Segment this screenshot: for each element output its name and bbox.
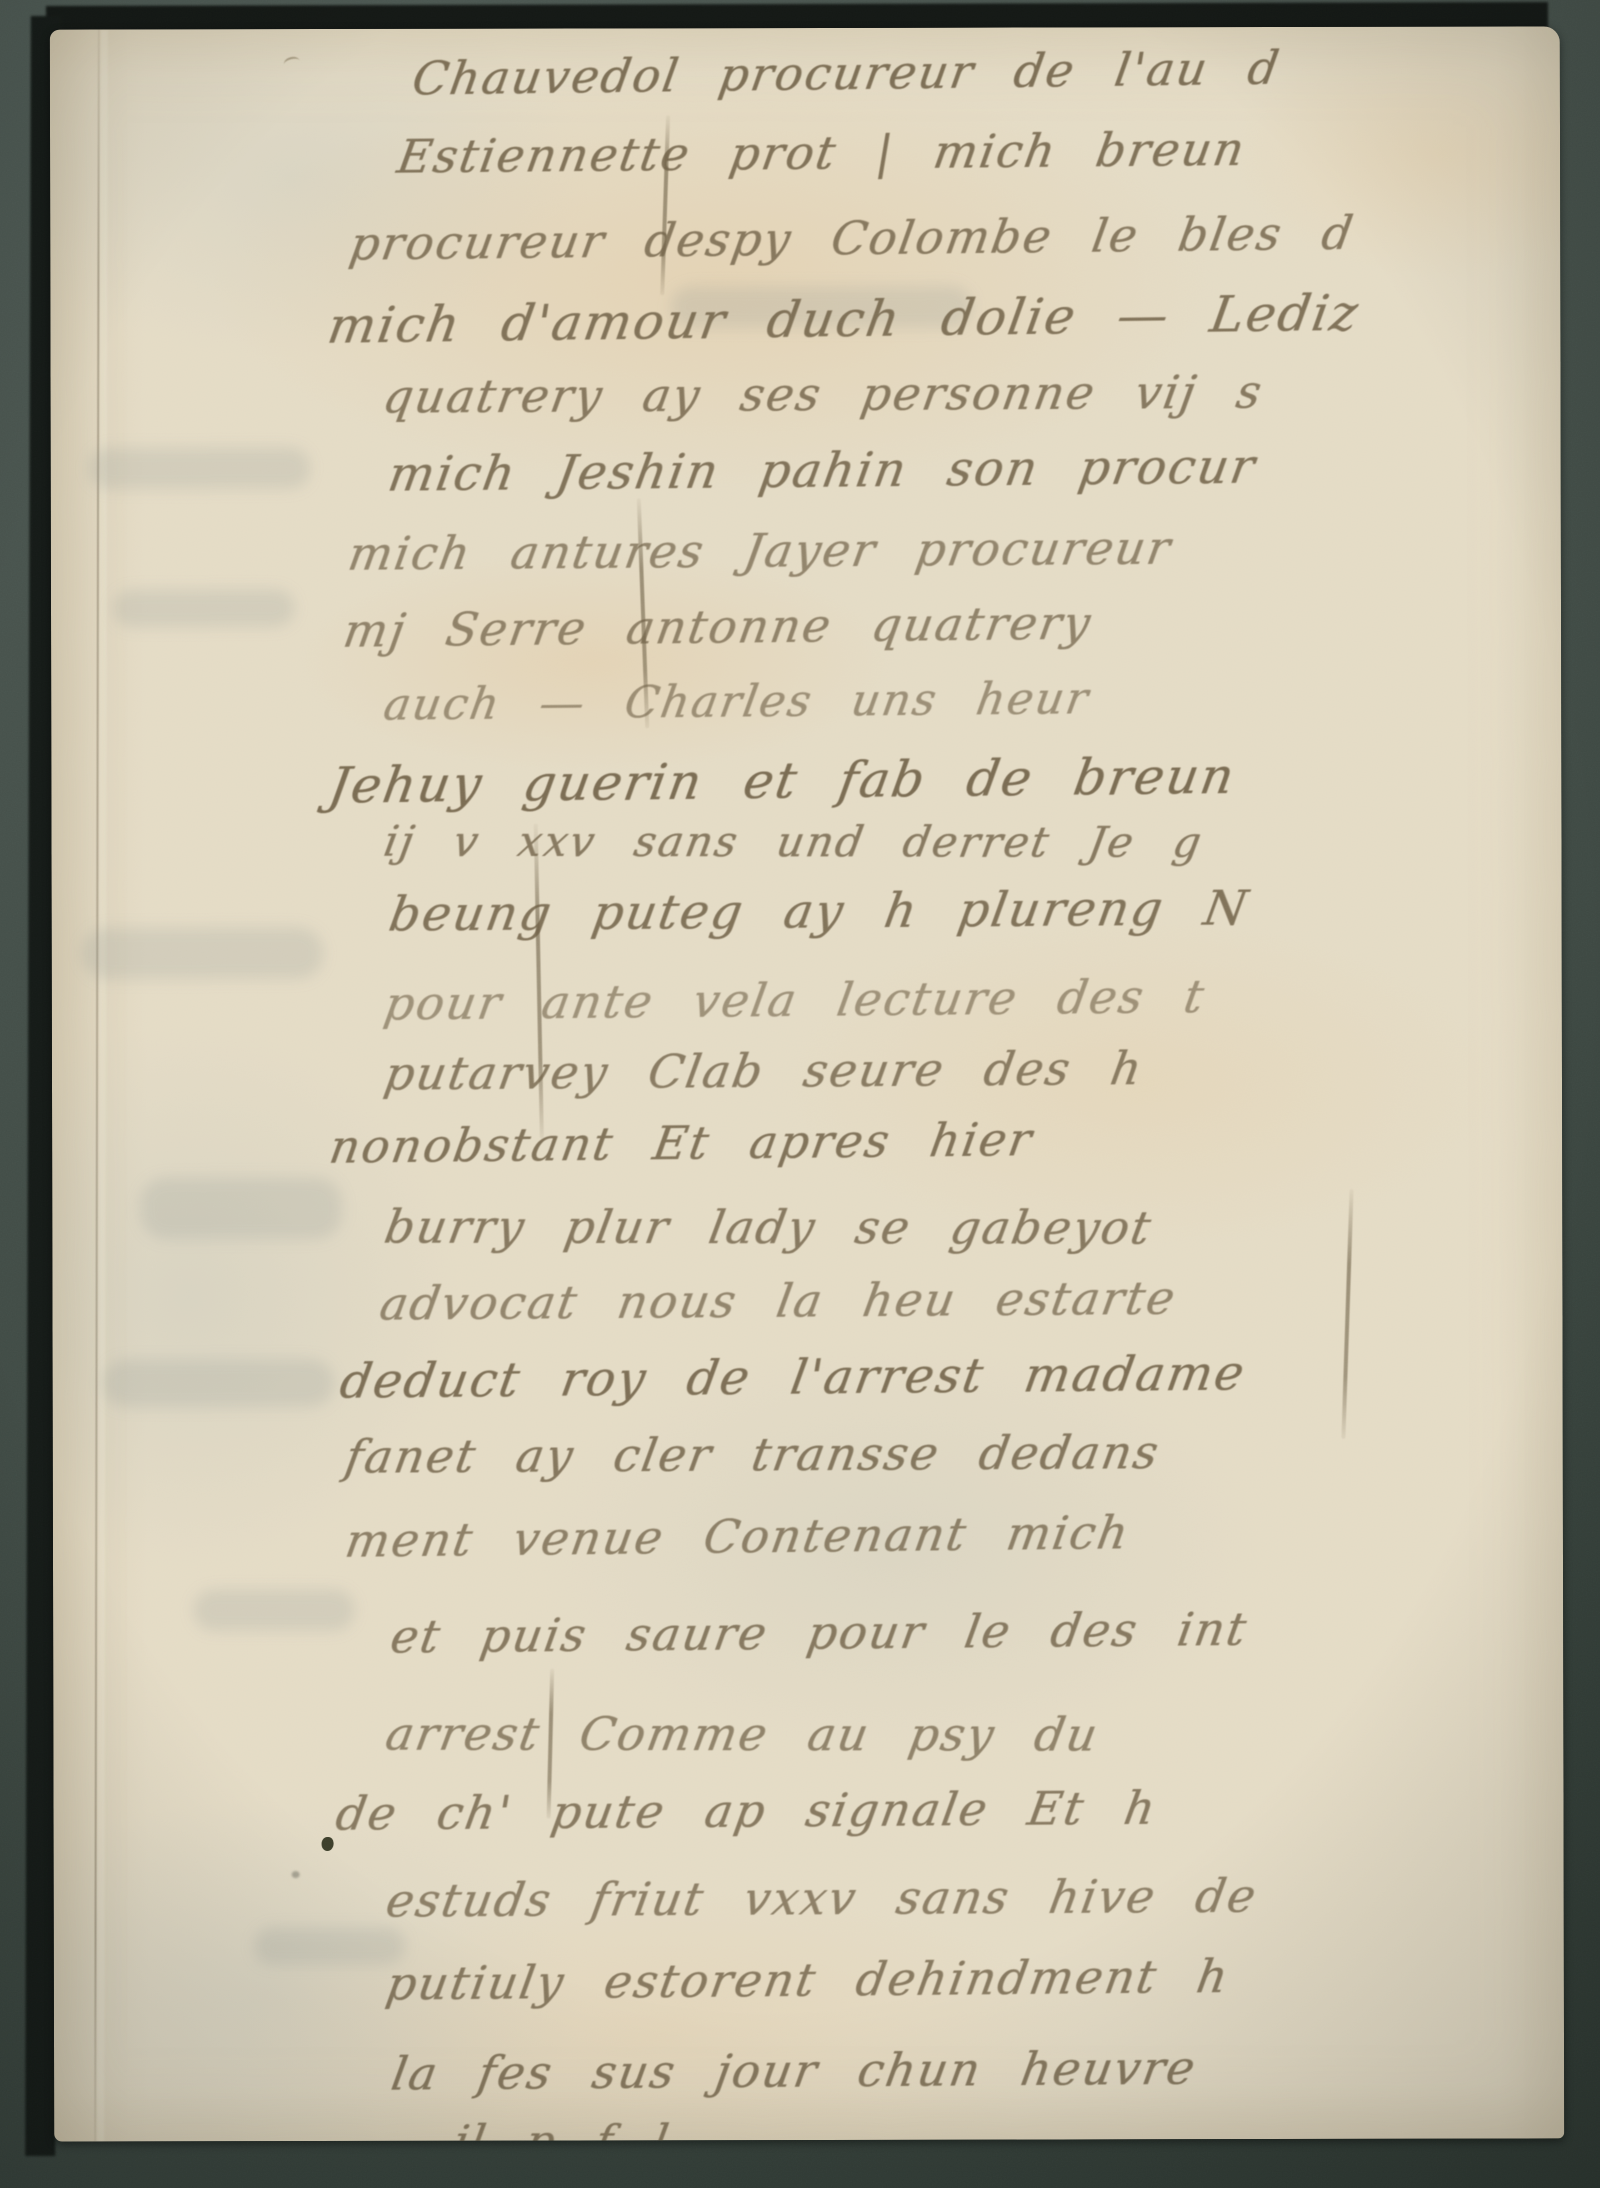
manuscript-line: ment venue Contenant mich [341,1505,1134,1568]
manuscript-line: Estiennette prot | mich breun [394,122,1250,184]
showthrough-smudge [82,927,324,980]
manuscript-line: estuds friut vxxv sans hive de [382,1869,1261,1928]
pen-flourish-stroke [1341,1189,1353,1439]
manuscript-line: procureur despy Colombe le bles d [346,206,1359,271]
manuscript-line: Jehuy guerin et fab de breun [325,747,1240,815]
manuscript-page: Chauvedol procureur de l'au d Estiennett… [50,26,1564,2141]
manuscript-line: la fes sus jour chun heuvre [388,2041,1201,2101]
manuscript-line: putiuly estorent dehindment h [382,1949,1233,2011]
manuscript-line: ij v xxv sans und derret Je g [380,817,1207,867]
line1-margin-tick [283,55,301,70]
manuscript-line: pour ante vela lecture des t [380,969,1209,1031]
manuscript-line: mj Serre antonne quatrery [340,596,1096,658]
manuscript-line: mich d'amour duch dolie — Lediz [324,284,1364,355]
manuscript-line: de ch' pute ap signale Et h [332,1781,1161,1841]
manuscript-line: et puis saure pour le des int [387,1602,1252,1664]
manuscript-line: fanet ay cler transse dedans [341,1425,1164,1484]
manuscript-line: mich Jeshin pahin son procur [384,439,1260,503]
margin-ink-blot [322,1837,334,1851]
manuscript-line: il p f l [450,2116,674,2141]
manuscript-line: putarvey Clab seure des h [380,1041,1147,1101]
showthrough-smudge [103,1359,335,1407]
scan-backdrop: Chauvedol procureur de l'au d Estiennett… [0,0,1600,2188]
manuscript-line: auch — Charles uns heur [380,673,1094,730]
manuscript-line: arrest Comme au psy du [382,1707,1104,1762]
manuscript-line: burry plur lady se gabeyot [380,1200,1156,1255]
showthrough-smudge [193,1589,355,1631]
showthrough-smudge [89,447,311,489]
manuscript-line: mich antures Jayer procureur [344,521,1176,581]
manuscript-line: advocat nous la heu estarte [376,1271,1181,1331]
manuscript-line: beung puteg ay h plureng N [385,881,1253,943]
margin-ink-speck [292,1871,300,1878]
showthrough-smudge [140,1177,342,1239]
manuscript-line: quatrery ay ses personne vij s [379,365,1267,424]
manuscript-line: deduct roy de l'arrest madame [336,1346,1250,1410]
showthrough-smudge [254,1927,406,1965]
showthrough-smudge [113,589,295,627]
manuscript-line: nonobstant Et apres hier [326,1112,1038,1174]
manuscript-line: Chauvedol procureur de l'au d [408,41,1284,106]
